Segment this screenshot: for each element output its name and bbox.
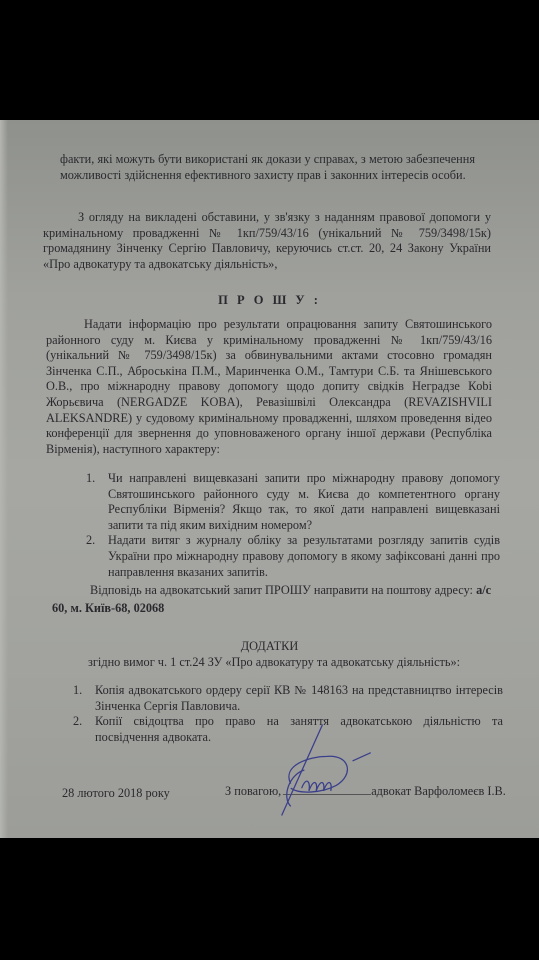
intro-line-2: можливості здійснення ефективного захист… bbox=[60, 168, 475, 184]
request-item: 1. Чи направлені вищевказані запити про … bbox=[86, 471, 500, 533]
paragraph-request: Надати інформацію про результати опрацюв… bbox=[46, 317, 492, 457]
heading-request: П Р О Ш У : bbox=[0, 293, 539, 309]
request-list: 1. Чи направлені вищевказані запити про … bbox=[86, 471, 500, 580]
date: 28 лютого 2018 року bbox=[62, 786, 212, 802]
reply-address-line-1: Відповідь на адвокатський запит ПРОШУ на… bbox=[90, 583, 502, 599]
handwritten-signature-icon bbox=[258, 720, 378, 820]
intro-line-1: факти, які можуть бути використані як до… bbox=[60, 152, 475, 168]
reply-address-line-2: 60, м. Київ-68, 02068 bbox=[52, 601, 352, 617]
attachment-item: 1. Копія адвокатського ордеру серії КВ №… bbox=[73, 683, 503, 714]
attachments-subtitle: згідно вимог ч. 1 ст.24 ЗУ «Про адвокату… bbox=[88, 655, 508, 671]
signer: адвокат Варфоломеєв І.В. bbox=[371, 784, 506, 798]
paragraph-basis: З огляду на викладені обставини, у зв'яз… bbox=[43, 210, 491, 272]
request-item: 2. Надати витяг з журналу обліку за резу… bbox=[86, 533, 500, 580]
heading-attachments: ДОДАТКИ bbox=[0, 639, 539, 655]
document-page: факти, які можуть бути використані як до… bbox=[0, 120, 539, 838]
